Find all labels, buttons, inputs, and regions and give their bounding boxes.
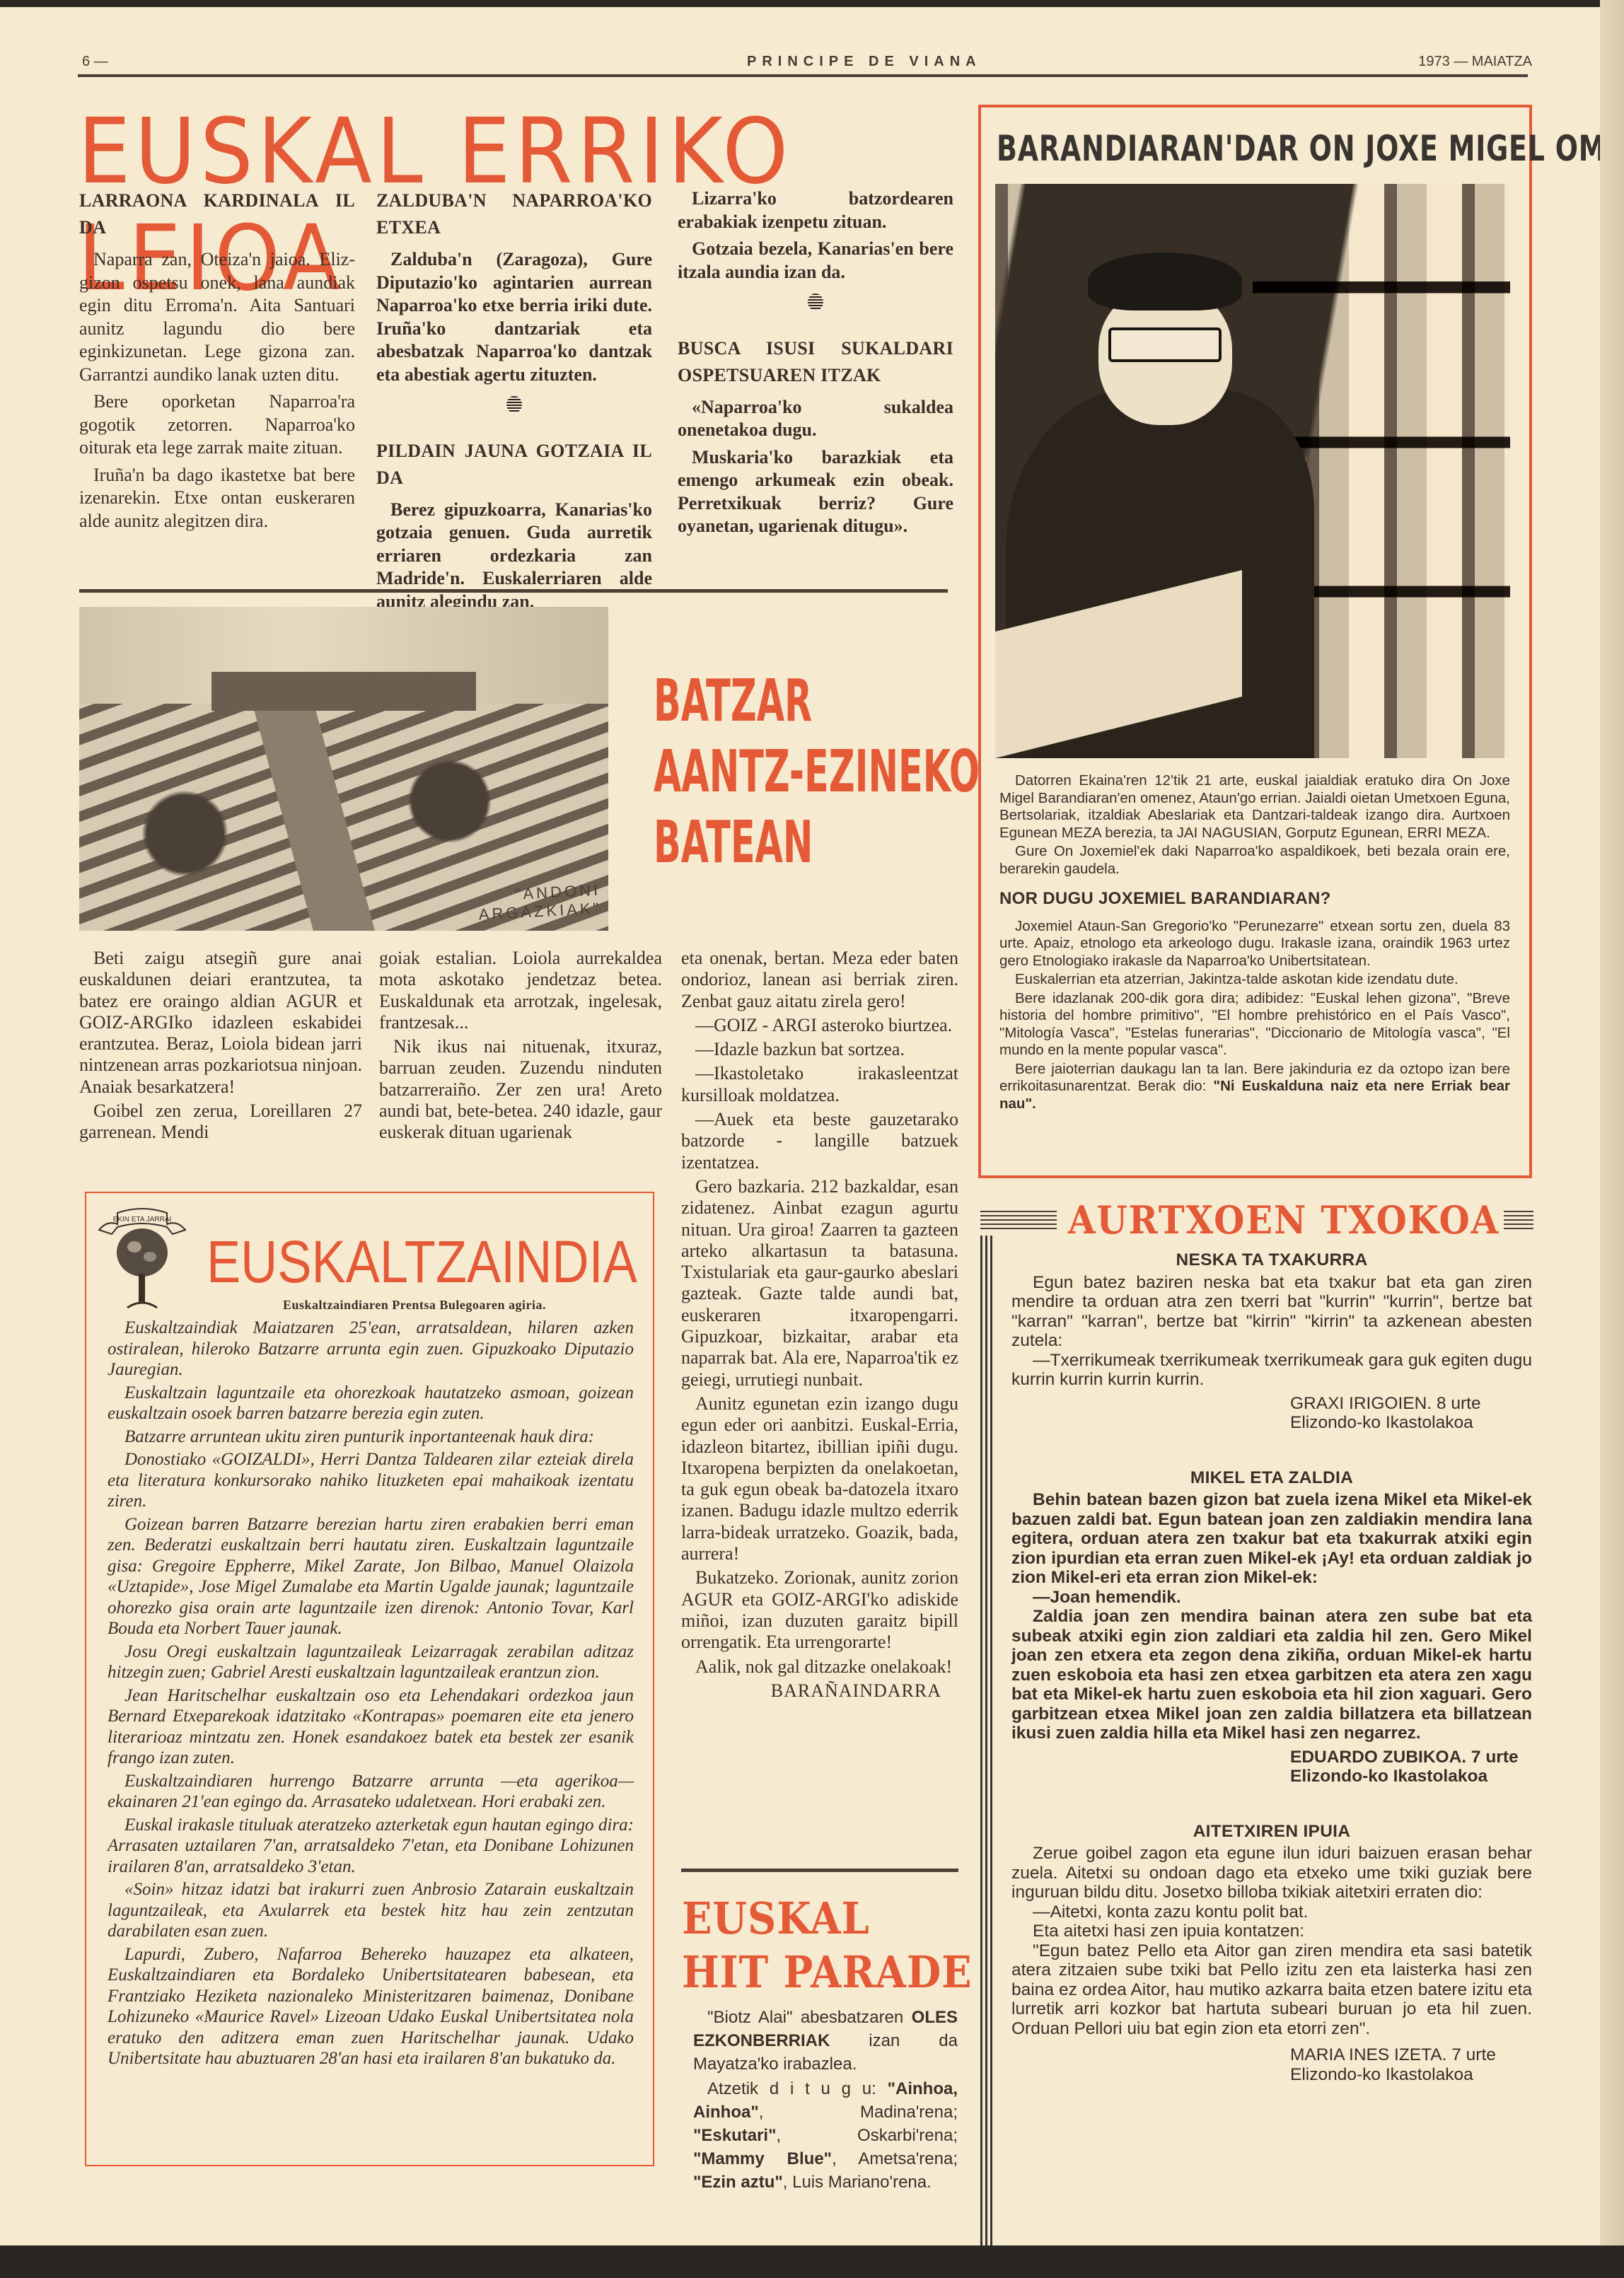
barandiaran-text: Datorren Ekaina'ren 12'tik 21 arte, eusk… [999, 772, 1510, 1114]
running-head: 6 — PRINCIPE DE VIANA 1973 — MAIATZA [82, 50, 1532, 71]
barandiaran-title: BARANDIARAN'DAR ON JOXE MIGEL OMENALDIA [997, 127, 1394, 170]
euskaltzaindia-paragraph: Batzarre arruntean ukitu ziren punturik … [108, 1426, 634, 1448]
song-title: "Ezin aztu" [693, 2173, 783, 2192]
euskaltzaindia-title: EUSKALTZAINDIA [207, 1230, 637, 1294]
header-rule [78, 74, 1528, 77]
article-paragraph: Gero bazkaria. 212 bazkaldar, esan zidat… [681, 1176, 958, 1390]
news-paragraph: Berez gipuzkoarra, Kanarias'ko gotzaia g… [376, 499, 652, 614]
news-paragraph: Naparra zan, Oteiza'n jaioa. Eliz-gizon … [79, 248, 355, 386]
news-column-1: LARRAONA KARDINALA IL DA Naparra zan, Ot… [79, 187, 355, 537]
article-paragraph: Aalik, nok gal ditzazke onelakoak! [681, 1656, 958, 1678]
barandiaran-paragraph: Datorren Ekaina'ren 12'tik 21 arte, eusk… [999, 772, 1510, 842]
barandiaran-photo [995, 184, 1510, 758]
story-paragraph: —Aitetxi, konta zazu kontu polit bat. [1011, 1902, 1532, 1922]
story-paragraph: Zaldia joan zen mendira bainan atera zen… [1011, 1607, 1532, 1743]
story-school: Elizondo-ko Ikastolakoa [1290, 1767, 1532, 1786]
section-rule [79, 589, 948, 593]
oak-tree-logo-icon: EKIN ETA JARRAI [93, 1206, 191, 1311]
publication-name: PRINCIPE DE VIANA [747, 54, 982, 70]
euskaltzaindia-paragraph: Goizean barren Batzarre berezian hartu z… [108, 1514, 634, 1639]
news-headline: PILDAIN JAUNA GOTZAIA IL DA [376, 438, 652, 492]
page-edge [1600, 0, 1624, 2278]
separator-ornament-icon [376, 396, 652, 419]
story-aitetxiren-ipuia: AITETXIREN IPUIA Zerue goibel zagon eta … [1011, 1822, 1532, 2085]
story-author: GRAXI IRIGOIEN. 8 urte [1290, 1394, 1532, 1414]
batzar-headline: BATZAR AANTZ-EZINEKO BATEAN [654, 666, 847, 878]
story-paragraph: —Txerrikumeak txerrikumeak txerrikumeak … [1011, 1351, 1532, 1390]
euskaltzaindia-box: EKIN ETA JARRAI EUSKALTZAINDIA Euskaltza… [85, 1192, 654, 2166]
barandiaran-box: BARANDIARAN'DAR ON JOXE MIGEL OMENALDIA … [978, 105, 1532, 1178]
euskaltzaindia-paragraph: Euskaltzaindiak Maiatzaren 25'ean, arrat… [108, 1318, 634, 1381]
euskaltzaindia-paragraph: Josu Oregi euskaltzain laguntzaileak Lei… [108, 1641, 634, 1683]
barandiaran-paragraph: Joxemiel Ataun-San Gregorio'ko "Peruneza… [999, 918, 1510, 970]
article-paragraph: Aunitz egunetan ezin izango dugu egun ed… [681, 1393, 958, 1564]
article-paragraph: —GOIZ - ARGI asteroko biurtzea. [681, 1015, 958, 1036]
story-title: MIKEL ETA ZALDIA [1011, 1468, 1532, 1488]
batzar-column-2: goiak estalian. Loiola aurrekaldea mota … [379, 948, 662, 1146]
story-author: EDUARDO ZUBIKOA. 7 urte [1290, 1748, 1532, 1767]
euskaltzaindia-paragraph: Lapurdi, Zubero, Nafarroa Behereko hauza… [108, 1944, 634, 2069]
news-headline: BUSCA ISUSI SUKALDARI OSPETSUAREN ITZAK [678, 335, 953, 389]
decorative-rule-left [980, 1211, 1057, 1232]
article-paragraph: —Ikastoletako irakasleentzat kursilloak … [681, 1063, 958, 1106]
article-paragraph: eta onenak, bertan. Meza eder baten ondo… [681, 948, 958, 1012]
column-rule [681, 1869, 958, 1872]
song-artist: , Madina'rena; [759, 2103, 958, 2122]
separator-ornament-icon [678, 294, 953, 317]
euskaltzaindia-paragraph: «Soin» hitzaz idatzi bat irakurri zuen A… [108, 1879, 634, 1942]
svg-text:EKIN ETA JARRAI: EKIN ETA JARRAI [113, 1216, 172, 1224]
aurtxoen-txokoa-stories: NESKA TA TXAKURRA Egun batez baziren nes… [1011, 1250, 1532, 2086]
barandiaran-subtitle: NOR DUGU JOXEMIEL BARANDIARAN? [999, 890, 1510, 908]
story-paragraph: Zerue goibel zagon eta egune ilun iduri … [1011, 1844, 1532, 1902]
story-paragraph: Eta aitetxi hasi zen ipuia kontatzen: [1011, 1922, 1532, 1941]
article-paragraph: Beti zaigu atsegiñ gure anai euskaldunen… [79, 948, 362, 1098]
news-paragraph: Iruña'n ba dago ikastetxe bat bere izena… [79, 464, 355, 533]
story-title: AITETXIREN IPUIA [1011, 1822, 1532, 1842]
news-paragraph: «Naparroa'ko sukaldea onenetakoa dugu. [678, 396, 953, 442]
page-number: 6 — [82, 54, 108, 70]
article-signature: BARAÑAINDARRA [681, 1680, 958, 1702]
decorative-rule-right [1504, 1211, 1533, 1232]
story-neska-ta-txakurra: NESKA TA TXAKURRA Egun batez baziren nes… [1011, 1250, 1532, 1433]
news-paragraph: Zalduba'n (Zaragoza), Gure Diputazio'ko … [376, 248, 652, 386]
story-author: MARIA INES IZETA. 7 urte [1290, 2045, 1532, 2065]
story-paragraph: Egun batez baziren neska bat eta txakur … [1011, 1273, 1532, 1351]
euskaltzaindia-text: Euskaltzaindiak Maiatzaren 25'ean, arrat… [108, 1318, 634, 2071]
article-paragraph: Goibel zen zerua, Loreillaren 27 garrene… [79, 1100, 362, 1144]
batzar-column-1: Beti zaigu atsegiñ gure anai euskaldunen… [79, 948, 362, 1146]
story-paragraph: —Joan hemendik. [1011, 1588, 1532, 1608]
photo-credit: "ANDONI ARGAZKIAK" [477, 881, 602, 924]
news-paragraph: Muskaria'ko barazkiak eta emengo arkumea… [678, 446, 953, 538]
article-paragraph: —Idazle bazkun bat sortzea. [681, 1039, 958, 1060]
hit-parade-text: "Biotz Alai" abesbatzaren OLES EZKONBERR… [693, 2006, 958, 2195]
issue-date: 1973 — MAIATZA [1418, 54, 1532, 70]
euskaltzaindia-subtitle: Euskaltzaindiaren Prentsa Bulegoaren agi… [283, 1298, 546, 1313]
story-title: NESKA TA TXAKURRA [1011, 1250, 1532, 1270]
song-artist: , Ametsa'rena; [832, 2149, 958, 2168]
song-artist: , Oskarbi'rena; [776, 2126, 958, 2145]
story-school: Elizondo-ko Ikastolakoa [1290, 2065, 1532, 2085]
news-paragraph: Lizarra'ko batzordearen erabakiak izenpe… [678, 187, 953, 233]
article-paragraph: Nik ikus nai nituenak, itxuraz, barruan … [379, 1036, 662, 1143]
decorative-vertical-rule [980, 1236, 993, 2254]
scan-background [0, 2245, 1624, 2278]
article-paragraph: Bukatzeko. Zorionak, aunitz zorion AGUR … [681, 1567, 958, 1653]
barandiaran-closing: Bere jaioterrian daukagu lan ta lan. Ber… [999, 1061, 1510, 1113]
euskaltzaindia-paragraph: Euskal irakasle tituluak ateratzeko azte… [108, 1815, 634, 1878]
story-school: Elizondo-ko Ikastolakoa [1290, 1413, 1532, 1433]
euskaltzaindia-paragraph: Donostiako «GOIZALDI», Herri Dantza Tald… [108, 1449, 634, 1512]
euskaltzaindia-paragraph: Jean Haritschelhar euskaltzain oso eta L… [108, 1685, 634, 1769]
news-column-3: Lizarra'ko batzordearen erabakiak izenpe… [678, 187, 953, 542]
news-headline: ZALDUBA'N NAPARROA'KO ETXEA [376, 187, 652, 241]
batzar-column-3: eta onenak, bertan. Meza eder baten ondo… [681, 948, 958, 1704]
barandiaran-paragraph: Euskalerrian eta atzerrian, Jakintza-tal… [999, 971, 1510, 989]
aurtxoen-txokoa-title: AURTXOEN TXOKOA [1068, 1195, 1500, 1245]
story-paragraph: Behin batean bazen gizon bat zuela izena… [1011, 1490, 1532, 1588]
news-paragraph: Bere oporketan Naparroa'ra gogotik zetor… [79, 390, 355, 460]
article-paragraph: goiak estalian. Loiola aurrekaldea mota … [379, 948, 662, 1033]
euskaltzaindia-paragraph: Euskaltzaindiaren hurrengo Batzarre arru… [108, 1771, 634, 1813]
news-headline: LARRAONA KARDINALA IL DA [79, 187, 355, 241]
barandiaran-paragraph: Gure On Joxemiel'ek daki Naparroa'ko asp… [999, 843, 1510, 878]
story-paragraph: "Egun batez Pello eta Aitor gan ziren me… [1011, 1941, 1532, 2039]
article-paragraph: —Auek eta beste gauzetarako batzorde - l… [681, 1109, 958, 1173]
news-paragraph: Gotzaia bezela, Kanarias'en bere itzala … [678, 238, 953, 284]
euskaltzaindia-paragraph: Euskaltzain laguntzaile eta ohorezkoak h… [108, 1383, 634, 1424]
newspaper-page: 6 — PRINCIPE DE VIANA 1973 — MAIATZA EUS… [0, 7, 1600, 2245]
song-title: "Eskutari" [693, 2126, 776, 2145]
song-title: "Mammy Blue" [693, 2149, 832, 2168]
assembly-photo: "ANDONI ARGAZKIAK" [79, 607, 608, 931]
hit-parade-winner: "Biotz Alai" abesbatzaren OLES EZKONBERR… [693, 2006, 958, 2076]
hit-parade-runners-up: Atzetik d i t u g u: "Ainhoa, Ainhoa", M… [693, 2077, 958, 2194]
barandiaran-paragraph: Bere idazlanak 200-dik gora dira; adibid… [999, 990, 1510, 1059]
hit-parade-title: EUSKAL HIT PARADE [682, 1892, 936, 1999]
song-artist: , Luis Mariano'rena. [783, 2173, 932, 2192]
story-mikel-eta-zaldia: MIKEL ETA ZALDIA Behin batean bazen gizo… [1011, 1468, 1532, 1786]
news-column-2: ZALDUBA'N NAPARROA'KO ETXEA Zalduba'n (Z… [376, 187, 652, 617]
